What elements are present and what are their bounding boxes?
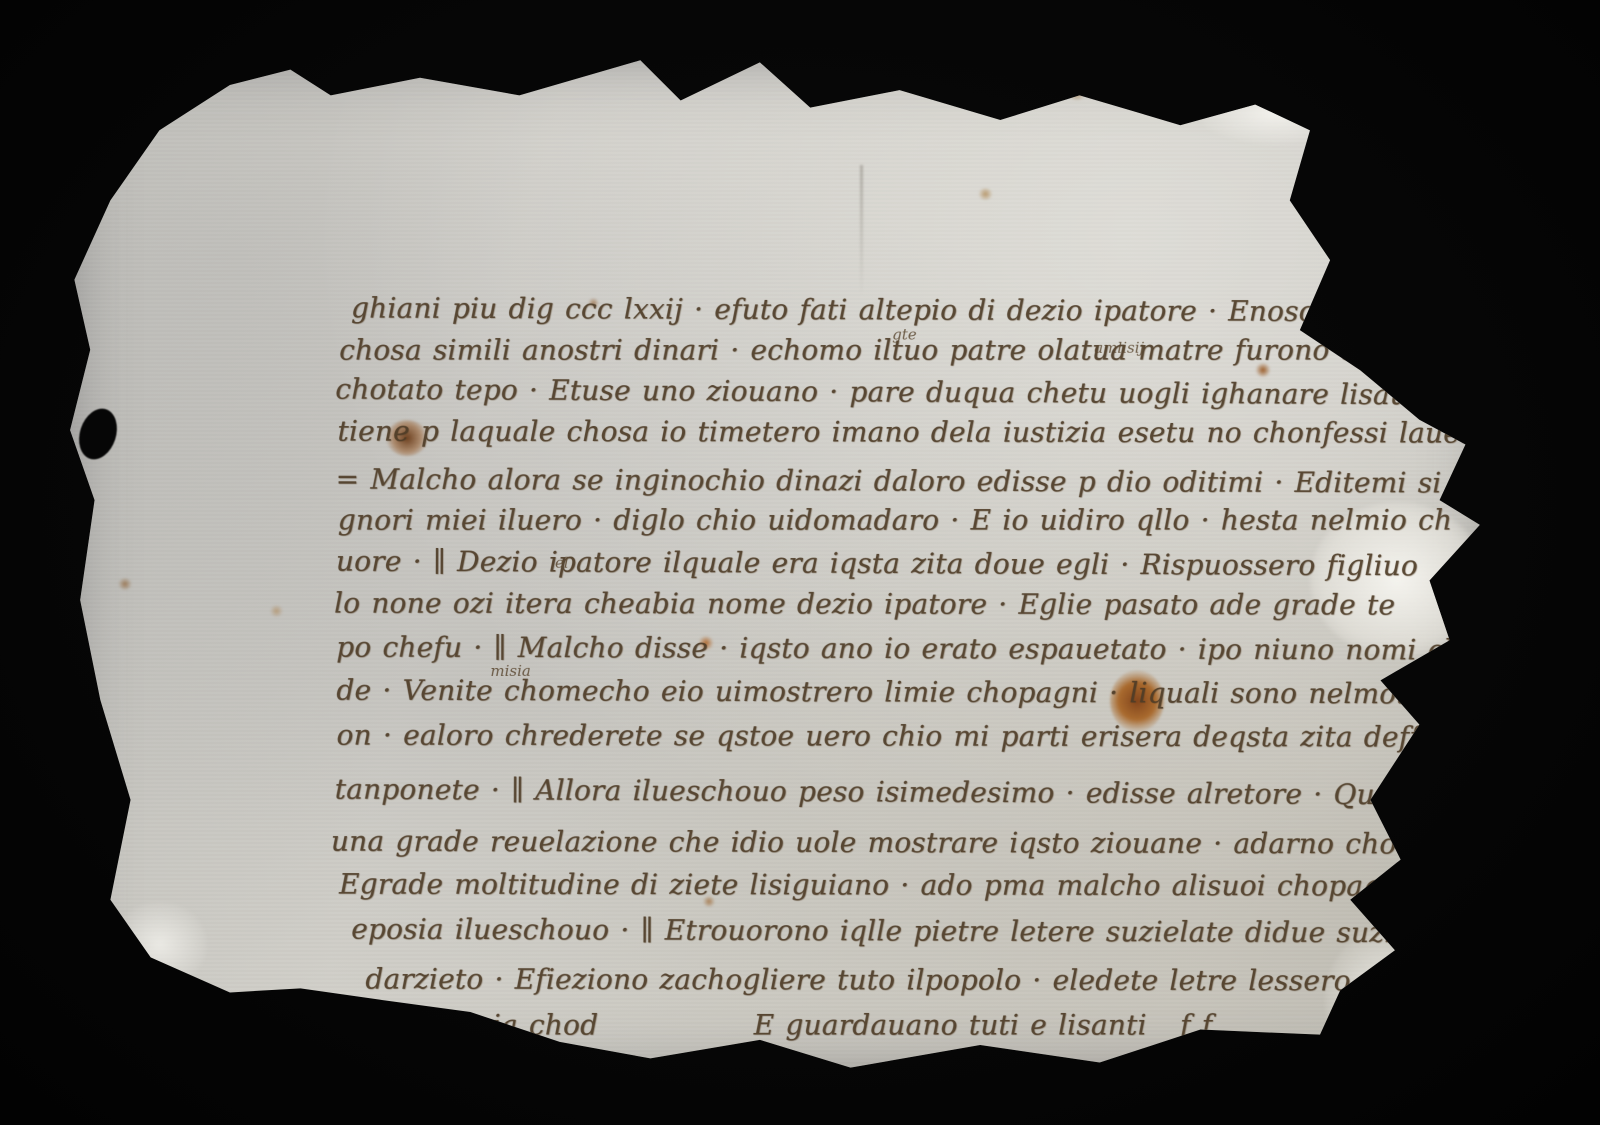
interlinear-note: misia: [490, 662, 531, 680]
manuscript-line: darzieto · Efieziono zachogliere tuto il…: [365, 962, 1490, 997]
manuscript-line: lo none ozi itera cheabia nome dezio ipa…: [334, 587, 1395, 622]
manuscript-line: tiene p laquale chosa io timetero imano …: [338, 415, 1512, 450]
manuscript-line: gnori miei iluero · diglo chio uidomadar…: [338, 504, 1452, 537]
torn-edge-highlight: [1412, 648, 1507, 913]
manuscript-line: = Malcho alora se inginochio dinazi dalo…: [336, 463, 1442, 500]
manuscript-line: chotato tepo · Etuse uno ziouano · pare …: [335, 373, 1445, 412]
interlinear-note: gte: [892, 326, 917, 344]
manuscript-line: una grade reuelazione che idio uole most…: [331, 825, 1531, 861]
interlinear-note: amlisij: [1094, 339, 1144, 357]
interlinear-note: el: [555, 554, 569, 572]
manuscript-line: chosa simili anostri dinari · echomo ilt…: [339, 334, 1400, 367]
manuscript-line: eposia ilueschouo · ∥ Etrouorono iqlle p…: [351, 912, 1427, 949]
photo-background: ghiani piu dig ccc lxxij · efuto fati al…: [0, 0, 1600, 1125]
foxing-spot: [243, 58, 271, 76]
manuscript-page: ghiani piu dig ccc lxxij · efuto fati al…: [60, 50, 1500, 1080]
manuscript-line: Egrade moltitudine di ziete lisiguiano ·…: [339, 868, 1409, 903]
manuscript-line: uore · ∥ Dezio ipatore ilquale era iqsta…: [336, 545, 1418, 583]
manuscript-text: ghiani piu dig ccc lxxij · efuto fati al…: [58, 47, 1502, 1082]
manuscript-line: ghiani piu dig ccc lxxij · efuto fati al…: [351, 291, 1443, 328]
manuscript-line: on · ealoro chrederete se qstoe uero chi…: [337, 719, 1534, 754]
manuscript-line: tanponete · ∥ Allora ilueschouo peso isi…: [335, 773, 1508, 812]
manuscript-line: chalino sia chod E guardauano tuti e lis…: [362, 1008, 1213, 1041]
